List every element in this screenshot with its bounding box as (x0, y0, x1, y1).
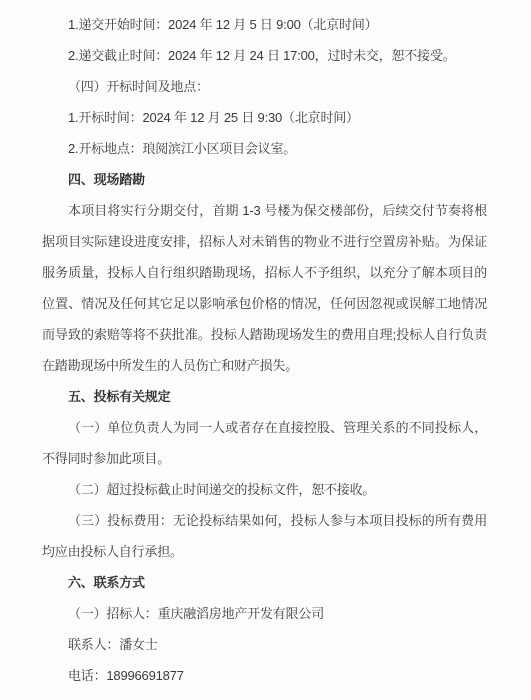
line-phone: 电话：18996691877 (42, 660, 487, 691)
line-bid-opening-header: （四）开标时间及地点： (42, 71, 487, 102)
line-submission-start: 1.递交开始时间：2024 年 12 月 5 日 9:00（北京时间） (42, 9, 487, 40)
line-submission-deadline: 2.递交截止时间：2024 年 12 月 24 日 17:00，过时未交，恕不接… (42, 40, 487, 71)
heading-bid-rules: 五、投标有关规定 (42, 381, 487, 412)
para-rule-3: （三）投标费用：无论投标结果如何，投标人参与本项目投标的所有费用均应由投标人自行… (42, 505, 487, 567)
line-bid-opening-place: 2.开标地点：琅阅滨江小区项目会议室。 (42, 133, 487, 164)
para-site-survey: 本项目将实行分期交付，首期 1-3 号楼为保交楼部份，后续交付节奏将根据项目实际… (42, 195, 487, 381)
document-page: 1.递交开始时间：2024 年 12 月 5 日 9:00（北京时间） 2.递交… (0, 0, 531, 700)
heading-site-survey: 四、现场踏勘 (42, 164, 487, 195)
para-rule-2: （二）超过投标截止时间递交的投标文件，恕不接收。 (42, 474, 487, 505)
line-contact-person: 联系人：潘女士 (42, 629, 487, 660)
para-rule-1: （一）单位负责人为同一人或者存在直接控股、管理关系的不同投标人，不得同时参加此项… (42, 412, 487, 474)
line-tenderer: （一）招标人：重庆融滔房地产开发有限公司 (42, 598, 487, 629)
heading-contact: 六、联系方式 (42, 567, 487, 598)
line-bid-opening-time: 1.开标时间：2024 年 12 月 25 日 9:30（北京时间） (42, 102, 487, 133)
